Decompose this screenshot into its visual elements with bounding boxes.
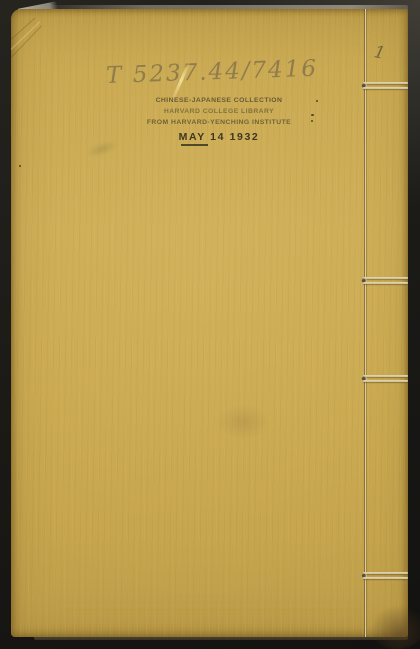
stamp-date: MAY 14 1932 bbox=[109, 131, 329, 143]
call-number-pencil: T 5237.44/7416 bbox=[106, 55, 337, 89]
binding-hole bbox=[361, 573, 367, 579]
ink-speck bbox=[19, 165, 21, 167]
binding-stitch bbox=[363, 375, 408, 382]
ink-speck bbox=[311, 120, 313, 122]
faint-green-smudge bbox=[84, 138, 120, 160]
book-cover: T 5237.44/7416 CHINESE-JAPANESE COLLECTI… bbox=[11, 9, 408, 637]
binding-hole bbox=[361, 376, 367, 382]
corner-stain bbox=[369, 605, 420, 649]
binding-hole bbox=[361, 278, 367, 284]
ink-speck bbox=[311, 114, 314, 116]
binding-stitch bbox=[363, 572, 408, 579]
page-number-mark: 1 bbox=[372, 42, 387, 64]
binding-hole bbox=[361, 83, 367, 89]
faint-smudge bbox=[217, 405, 269, 439]
stamp-line-collection: CHINESE-JAPANESE COLLECTION bbox=[109, 95, 329, 106]
corner-fold-line bbox=[11, 26, 42, 58]
stamp-line-library: HARVARD COLLEGE LIBRARY bbox=[109, 106, 329, 117]
binding-stitch bbox=[363, 277, 408, 284]
stamp-date-underline bbox=[181, 144, 208, 146]
binding-stitch bbox=[363, 82, 408, 89]
binding-thread-vertical bbox=[364, 9, 367, 637]
ink-speck bbox=[316, 100, 318, 102]
photo-background: T 5237.44/7416 CHINESE-JAPANESE COLLECTI… bbox=[0, 0, 420, 649]
stamp-line-institute: FROM HARVARD-YENCHING INSTITUTE bbox=[109, 117, 329, 128]
library-stamp: CHINESE-JAPANESE COLLECTION HARVARD COLL… bbox=[109, 95, 329, 143]
